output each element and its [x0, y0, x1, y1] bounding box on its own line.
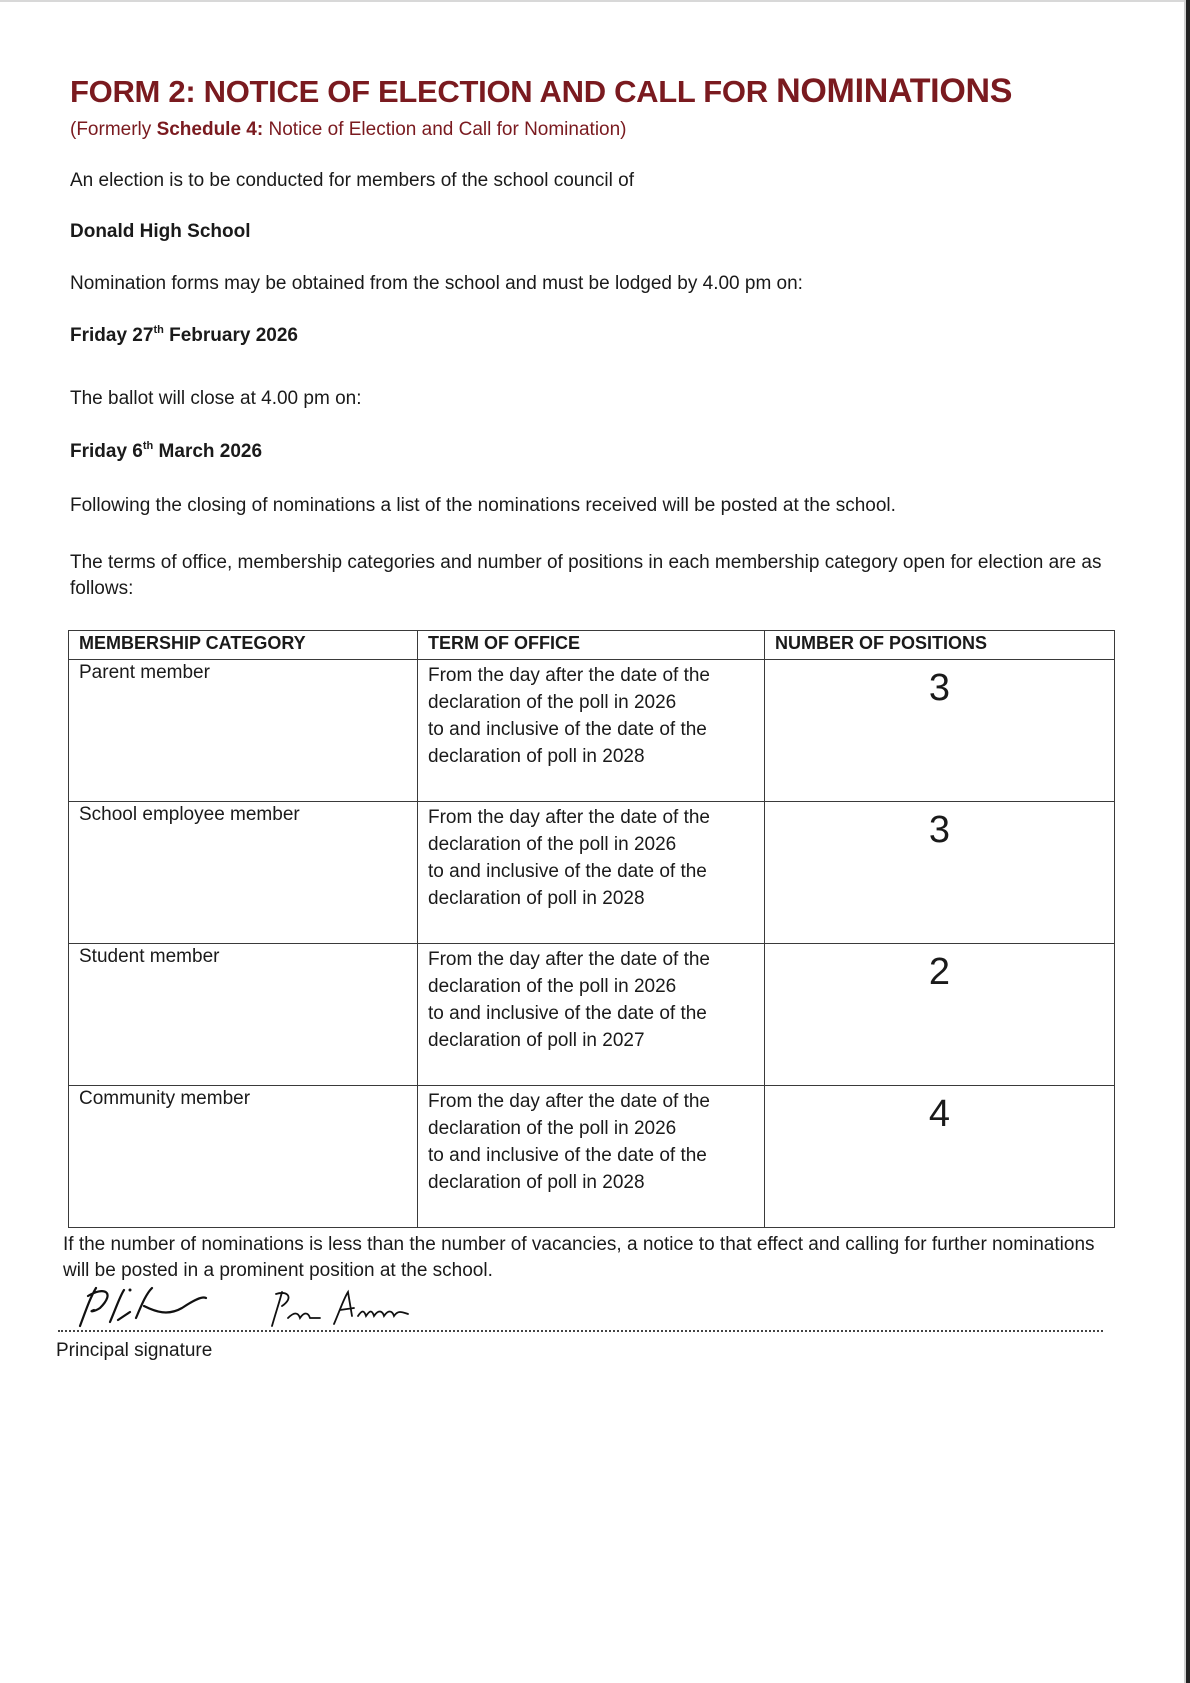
term-line: declaration of poll in 2027 — [428, 1027, 754, 1054]
term-line: declaration of the poll in 2026 — [428, 831, 754, 858]
page-top-edge — [0, 0, 1190, 2]
ballot-instruction: The ballot will close at 4.00 pm on: — [70, 388, 362, 410]
signature-label: Principal signature — [56, 1340, 212, 1362]
number-of-positions-cell: 2 — [765, 944, 1115, 1086]
deadline-rest: February 2026 — [164, 325, 298, 346]
term-of-office-cell: From the day after the date of thedeclar… — [418, 1086, 765, 1228]
membership-category-cell: School employee member — [69, 802, 418, 944]
deadline-day: Friday 27 — [70, 325, 153, 346]
term-line: to and inclusive of the date of the — [428, 1142, 754, 1169]
term-line: declaration of the poll in 2026 — [428, 1115, 754, 1142]
membership-category-cell: Parent member — [69, 660, 418, 802]
term-line: declaration of poll in 2028 — [428, 885, 754, 912]
subtitle-prefix: (Formerly — [70, 119, 157, 140]
school-name: Donald High School — [70, 221, 251, 243]
header-membership-category: MEMBERSHIP CATEGORY — [69, 631, 418, 660]
vacancy-note: If the number of nominations is less tha… — [63, 1232, 1103, 1284]
form-title-emphasis: NOMINATIONS — [776, 72, 1012, 110]
nomination-deadline: Friday 27th February 2026 — [70, 325, 298, 347]
number-of-positions-cell: 3 — [765, 660, 1115, 802]
term-line: to and inclusive of the date of the — [428, 716, 754, 743]
positions-table: MEMBERSHIP CATEGORY TERM OF OFFICE NUMBE… — [68, 630, 1115, 1228]
deadline-suffix: th — [153, 324, 163, 336]
ballot-day: Friday 6 — [70, 441, 143, 462]
term-line: to and inclusive of the date of the — [428, 858, 754, 885]
header-term-of-office: TERM OF OFFICE — [418, 631, 765, 660]
nomination-instruction: Nomination forms may be obtained from th… — [70, 273, 803, 295]
table-row: Parent memberFrom the day after the date… — [69, 660, 1115, 802]
intro-text: An election is to be conducted for membe… — [70, 170, 634, 192]
term-line: declaration of poll in 2028 — [428, 743, 754, 770]
form-title: FORM 2: NOTICE OF ELECTION AND CALL FOR … — [70, 72, 1012, 111]
term-line: From the day after the date of the — [428, 804, 754, 831]
term-of-office-cell: From the day after the date of thedeclar… — [418, 802, 765, 944]
ballot-rest: March 2026 — [153, 441, 262, 462]
number-of-positions-cell: 4 — [765, 1086, 1115, 1228]
subtitle-suffix: Notice of Election and Call for Nominati… — [263, 119, 626, 140]
terms-intro: The terms of office, membership categori… — [70, 550, 1120, 602]
term-of-office-cell: From the day after the date of thedeclar… — [418, 660, 765, 802]
membership-category-cell: Community member — [69, 1086, 418, 1228]
membership-category-cell: Student member — [69, 944, 418, 1086]
term-line: declaration of the poll in 2026 — [428, 689, 754, 716]
subtitle-schedule: Schedule 4: — [157, 119, 264, 140]
table-row: Community memberFrom the day after the d… — [69, 1086, 1115, 1228]
table-row: Student memberFrom the day after the dat… — [69, 944, 1115, 1086]
form-title-main: FORM 2: NOTICE OF ELECTION AND CALL FOR — [70, 74, 776, 109]
number-of-positions-cell: 3 — [765, 802, 1115, 944]
term-line: From the day after the date of the — [428, 662, 754, 689]
table-header-row: MEMBERSHIP CATEGORY TERM OF OFFICE NUMBE… — [69, 631, 1115, 660]
ballot-close-date: Friday 6th March 2026 — [70, 441, 262, 463]
header-number-of-positions: NUMBER OF POSITIONS — [765, 631, 1115, 660]
ballot-suffix: th — [143, 440, 153, 452]
term-line: From the day after the date of the — [428, 946, 754, 973]
term-line: From the day after the date of the — [428, 1088, 754, 1115]
term-line: to and inclusive of the date of the — [428, 1000, 754, 1027]
table-row: School employee memberFrom the day after… — [69, 802, 1115, 944]
page-right-edge — [1184, 0, 1190, 1683]
following-note: Following the closing of nominations a l… — [70, 495, 896, 517]
form-subtitle: (Formerly Schedule 4: Notice of Election… — [70, 119, 627, 141]
signature-line — [58, 1330, 1103, 1332]
term-line: declaration of the poll in 2026 — [428, 973, 754, 1000]
principal-signature — [72, 1282, 472, 1332]
term-of-office-cell: From the day after the date of thedeclar… — [418, 944, 765, 1086]
term-line: declaration of poll in 2028 — [428, 1169, 754, 1196]
